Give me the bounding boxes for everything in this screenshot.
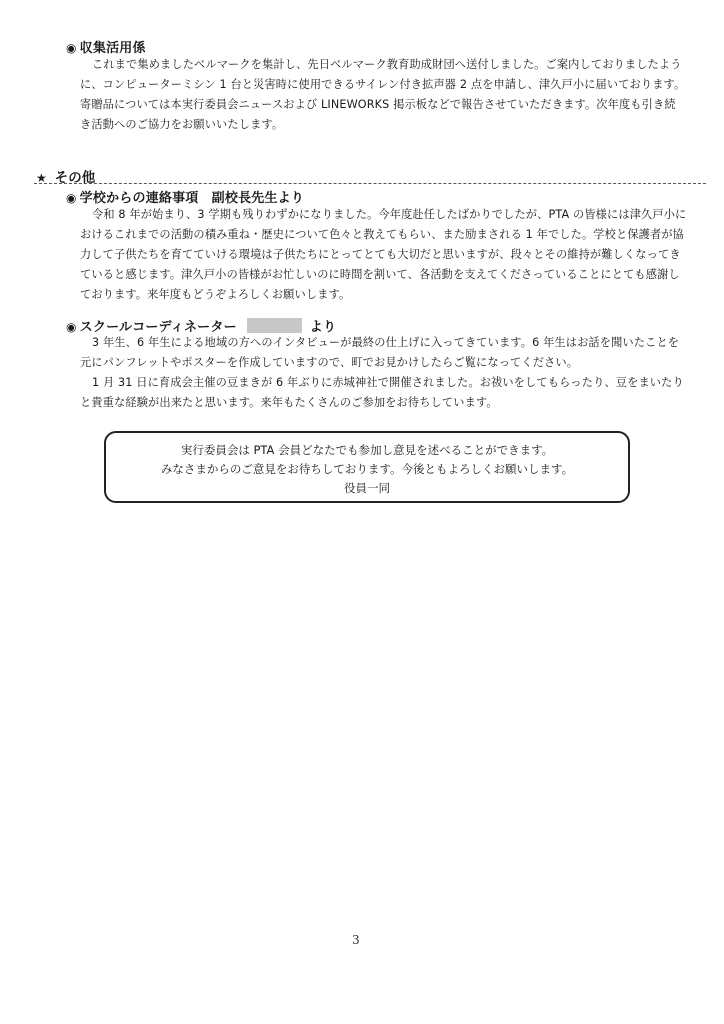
body-line: と貴重な経験が出来たと思います。来年もたくさんのご参加をお待ちしています。 [80,393,670,413]
body-line: き活動へのご協力をお願いいたします。 [80,115,670,135]
bullet-circle-icon: ◉ [66,41,77,55]
body-line: 令和 8 年が始まり、3 学期も残りわずかになりました。今年度赴任したばかりでし… [80,205,670,225]
bullet-circle-icon: ◉ [66,320,77,334]
body-line: ていると感じます。津久戸小の皆様がお忙しいのに時間を割いて、各活動を支えてくださ… [80,265,670,285]
notice-line: みなさまからのご意見をお待ちしております。今後ともよろしくお願いします。 [106,460,628,479]
heading-bellmark: ◉収集活用係 [66,37,146,56]
body-line: に、コンピューターミシン 1 台と災害時に使用できるサイレン付き拡声器 2 点を… [80,75,670,95]
bullet-circle-icon: ◉ [66,191,77,205]
body-line: これまで集めましたベルマークを集計し、先日ベルマーク教育助成財団へ送付しました。… [80,55,670,75]
heading-vice-principal: ◉学校からの連絡事項 副校長先生より [66,187,304,206]
body-line: 1 月 31 日に育成会主催の豆まきが 6 年ぶりに赤城神社で開催されました。お… [80,373,670,393]
bellmark-body: これまで集めましたベルマークを集計し、先日ベルマーク教育助成財団へ送付しました。… [80,55,670,135]
body-line: ております。来年度もどうぞよろしくお願いします。 [80,285,670,305]
body-line: おけるこれまでの活動の積み重ね・歴史について色々と教えてもらい、また励まされる … [80,225,670,245]
page-number: 3 [352,933,360,947]
heading-title: 学校からの連絡事項 副校長先生より [80,191,304,206]
body-line: 元にパンフレットやポスターを作成していますので、町でお見かけしたらご覧になってく… [80,353,670,373]
body-line: 寄贈品については本実行委員会ニュースおよび LINEWORKS 掲示板などで報告… [80,95,670,115]
body-line: 力して子供たちを育てていける環境は子供たちにとってとても大切だと思いますが、段々… [80,245,670,265]
notice-signature: 役員一同 [106,479,628,498]
notice-line: 実行委員会は PTA 会員どなたでも参加し意見を述べることができます。 [106,441,628,460]
body-line: 3 年生、6 年生による地域の方へのインタビューが最終の仕上げに入ってきています… [80,333,670,353]
redacted-name [247,318,302,333]
dotted-divider [34,183,706,184]
notice-box: 実行委員会は PTA 会員どなたでも参加し意見を述べることができます。 みなさま… [104,431,630,503]
heading-title: 収集活用係 [80,41,146,56]
coordinator-body: 3 年生、6 年生による地域の方へのインタビューが最終の仕上げに入ってきています… [80,333,670,413]
vice-principal-body: 令和 8 年が始まり、3 学期も残りわずかになりました。今年度赴任したばかりでし… [80,205,670,305]
